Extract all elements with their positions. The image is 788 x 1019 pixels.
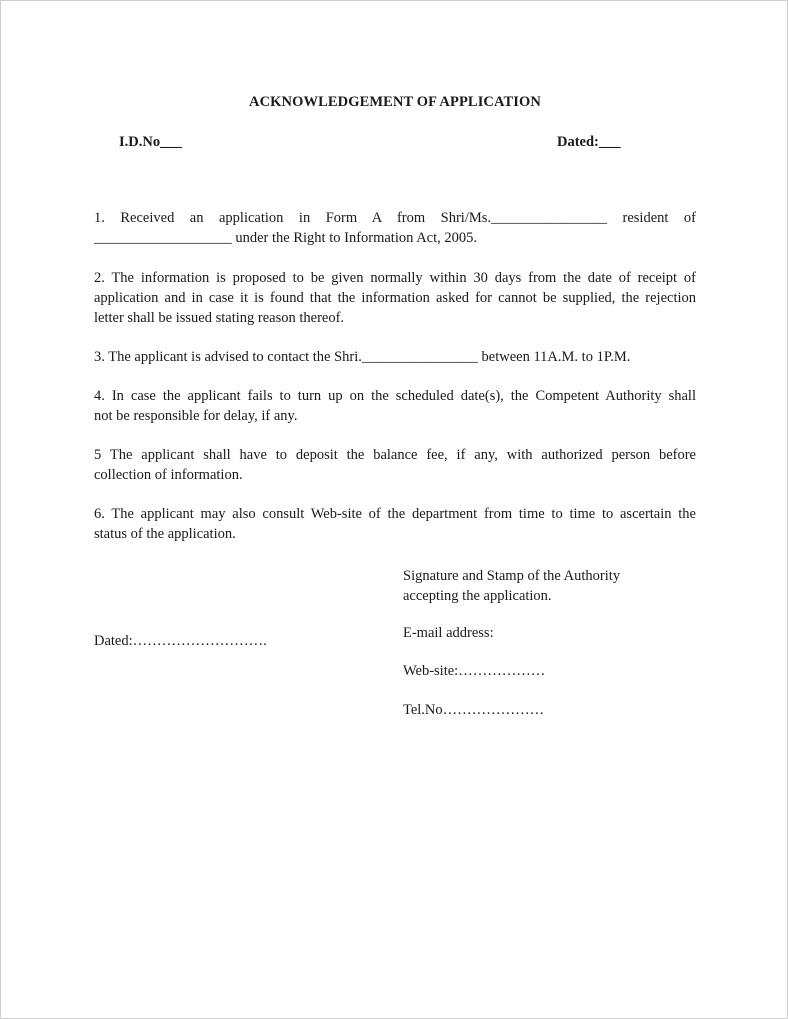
paragraph-1: 1. Received an application in Form A fro…: [94, 208, 696, 248]
dated-field-bottom: Dated:……………………….: [94, 633, 267, 650]
document-title: ACKNOWLEDGEMENT OF APPLICATION: [1, 94, 788, 111]
signature-line-1: Signature and Stamp of the Authority: [403, 566, 620, 586]
paragraph-2-line-3: letter shall be issued stating reason th…: [94, 308, 696, 328]
website-label: Web-site:………………: [403, 663, 545, 680]
paragraph-1-line-2: ___________________ under the Right to I…: [94, 228, 696, 248]
paragraph-2-line-2: application and in case it is found that…: [94, 288, 696, 308]
paragraph-6-line-2: status of the application.: [94, 524, 696, 544]
dated-field-top: Dated:___: [557, 134, 621, 151]
paragraph-1-line-1: 1. Received an application in Form A fro…: [94, 208, 696, 228]
paragraph-2: 2. The information is proposed to be giv…: [94, 268, 696, 328]
paragraph-5: 5 The applicant shall have to deposit th…: [94, 445, 696, 485]
paragraph-6-line-1: 6. The applicant may also consult Web-si…: [94, 504, 696, 524]
document-page: ACKNOWLEDGEMENT OF APPLICATION I.D.No___…: [0, 0, 788, 1019]
paragraph-4-line-2: not be responsible for delay, if any.: [94, 406, 696, 426]
paragraph-3: 3. The applicant is advised to contact t…: [94, 347, 696, 367]
paragraph-6: 6. The applicant may also consult Web-si…: [94, 504, 696, 544]
paragraph-5-line-1: 5 The applicant shall have to deposit th…: [94, 445, 696, 465]
paragraph-3-line-1: 3. The applicant is advised to contact t…: [94, 347, 696, 367]
id-number-field: I.D.No___: [119, 134, 182, 151]
paragraph-2-line-1: 2. The information is proposed to be giv…: [94, 268, 696, 288]
paragraph-4-line-1: 4. In case the applicant fails to turn u…: [94, 386, 696, 406]
email-address-label: E-mail address:: [403, 625, 494, 642]
signature-block: Signature and Stamp of the Authority acc…: [403, 566, 620, 606]
paragraph-5-line-2: collection of information.: [94, 465, 696, 485]
paragraph-4: 4. In case the applicant fails to turn u…: [94, 386, 696, 426]
signature-line-2: accepting the application.: [403, 586, 620, 606]
telephone-number-label: Tel.No…………………: [403, 702, 544, 719]
